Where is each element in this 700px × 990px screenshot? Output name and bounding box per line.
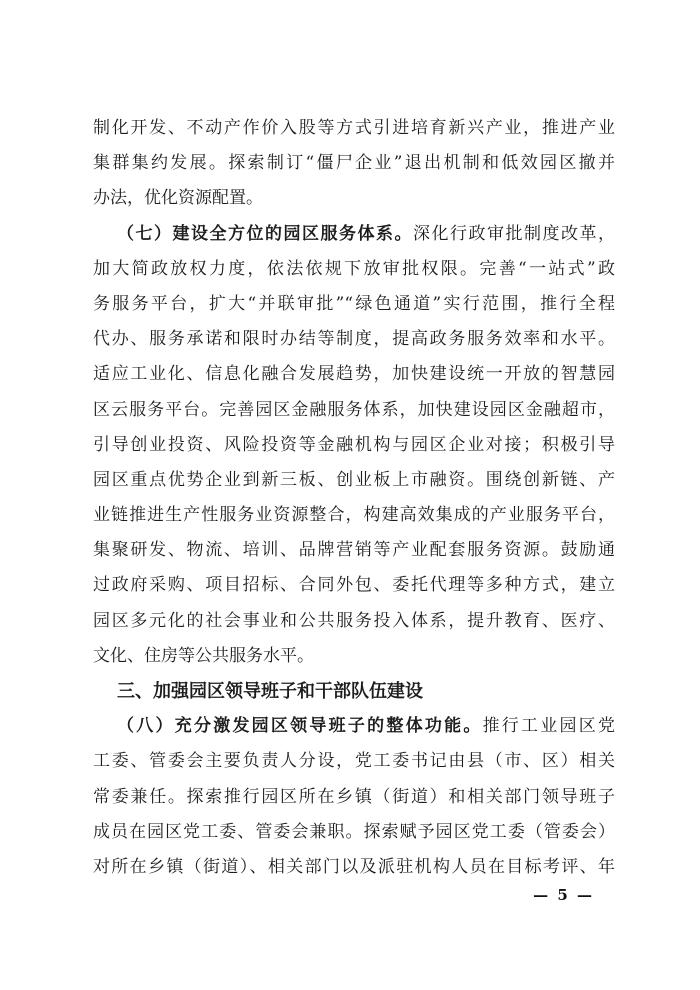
document-page: 制化开发、不动产作价入股等方式引进培育新兴产业，推进产业 集群集约发展。探索制订…	[0, 0, 700, 990]
paragraph-line: 制化开发、不动产作价入股等方式引进培育新兴产业，推进产业	[93, 111, 615, 146]
paragraph-line: 适应工业化、信息化融合发展趋势，加快建设统一开放的智慧园	[93, 357, 615, 392]
paragraph-line: 园区重点优势企业到新三板、创业板上市融资。围绕创新链、产	[93, 463, 615, 498]
paragraph-line: 引导创业投资、风险投资等金融机构与园区企业对接；积极引导	[93, 428, 615, 463]
paragraph-line: 办法，优化资源配置。	[93, 181, 615, 216]
paragraph-line: 业链推进生产性服务业资源整合，构建高效集成的产业服务平台，	[93, 498, 615, 533]
paragraph-line: 加大简政放权力度，依法依规下放审批权限。完善“一站式”政	[93, 252, 615, 287]
paragraph-line: 成员在园区党工委、管委会兼职。探索赋予园区党工委（管委会）	[93, 815, 615, 850]
paragraph-line: 代办、服务承诺和限时办结等制度，提高政务服务效率和水平。	[93, 322, 615, 357]
page-number: — 5 —	[533, 886, 594, 904]
paragraph-line: 区云服务平台。完善园区金融服务体系，加快建设园区金融超市，	[93, 393, 615, 428]
document-body: 制化开发、不动产作价入股等方式引进培育新兴产业，推进产业 集群集约发展。探索制订…	[93, 111, 615, 885]
paragraph-line: 集群集约发展。探索制订“僵尸企业”退出机制和低效园区撤并	[93, 146, 615, 181]
paragraph-line: 务服务平台，扩大“并联审批”“绿色通道”实行范围，推行全程	[93, 287, 615, 322]
paragraph-line: 集聚研发、物流、培训、品牌营销等产业配套服务资源。鼓励通	[93, 533, 615, 568]
paragraph-line: 常委兼任。探索推行园区所在乡镇（街道）和相关部门领导班子	[93, 780, 615, 815]
paragraph-line: 过政府采购、项目招标、合同外包、委托代理等多种方式，建立	[93, 568, 615, 603]
paragraph-text: 深化行政审批制度改革，	[413, 224, 615, 244]
paragraph-line: （七）建设全方位的园区服务体系。深化行政审批制度改革，	[93, 217, 615, 252]
paragraph-line: 文化、住房等公共服务水平。	[93, 639, 615, 674]
section-heading: 三、加强园区领导班子和干部队伍建设	[93, 674, 615, 709]
paragraph-text: 推行工业园区党	[483, 716, 615, 736]
paragraph-line: 园区多元化的社会事业和公共服务投入体系，提升教育、医疗、	[93, 604, 615, 639]
paragraph-lead: （八）充分激发园区领导班子的整体功能。	[117, 716, 483, 736]
paragraph-line: 工委、管委会主要负责人分设，党工委书记由县（市、区）相关	[93, 744, 615, 779]
paragraph-line: 对所在乡镇（街道）、相关部门以及派驻机构人员在目标考评、年	[93, 850, 615, 885]
paragraph-lead: （七）建设全方位的园区服务体系。	[117, 224, 413, 244]
paragraph-line: （八）充分激发园区领导班子的整体功能。推行工业园区党	[93, 709, 615, 744]
